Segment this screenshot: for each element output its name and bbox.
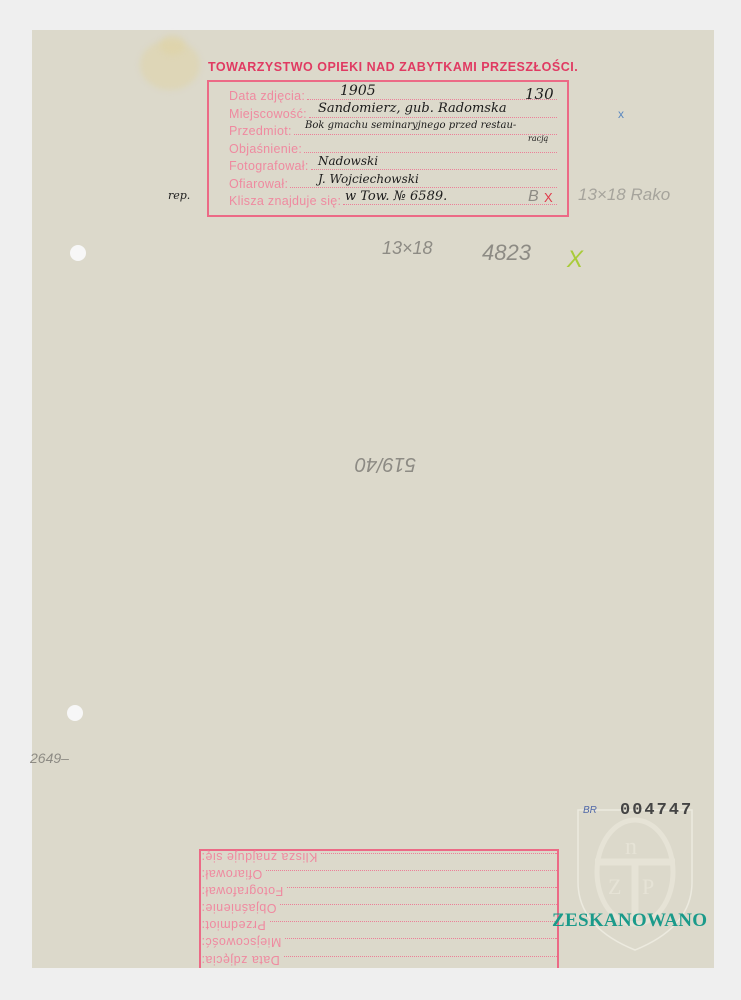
field-photographer: Fotografował:	[229, 156, 557, 173]
left-margin-note: 2649–	[30, 750, 69, 766]
field-description: Objaśnienie:	[229, 139, 557, 156]
scanned-stamp: ZESKANOWANO	[552, 910, 707, 932]
punch-hole-bottom	[67, 705, 83, 721]
bottom-field-photographer: Fotografował:	[201, 884, 557, 901]
mark-b: B	[528, 188, 539, 206]
svg-text:Z: Z	[608, 874, 621, 899]
archive-prefix: BR	[583, 805, 597, 816]
value-date-extra: 130	[525, 85, 554, 103]
value-date: 1905	[340, 83, 376, 99]
bottom-stamp-box: Data zdjęcia: Miejscowość: Przedmiot: Ob…	[199, 849, 559, 968]
value-subject-continuation: racją	[528, 134, 548, 143]
pencil-number: 4823	[482, 240, 531, 266]
bottom-field-subject: Przedmiot:	[201, 918, 557, 935]
green-x-mark: X	[567, 246, 583, 274]
value-subject: Bok gmachu seminaryjnego przed restau-	[305, 120, 516, 131]
bottom-field-place: Miejscowość:	[201, 935, 557, 952]
blue-x-mark: x	[618, 107, 624, 121]
bottom-field-negative: Klisza znajduje się:	[201, 850, 557, 867]
svg-text:P: P	[642, 874, 654, 899]
inverted-note: 519/40	[355, 452, 416, 475]
right-note: 13×18 Rako	[578, 185, 670, 205]
value-donor: J. Wojciechowski	[318, 172, 419, 186]
bottom-field-donor: Ofiarował:	[201, 867, 557, 884]
stain	[160, 35, 185, 55]
archive-serial: 004747	[620, 801, 693, 820]
stamp-header: TOWARZYSTWO OPIEKI NAD ZABYTKAMI PRZESZŁ…	[208, 60, 578, 74]
svg-text:n: n	[625, 834, 637, 860]
value-negative: w Tow. № 6589.	[345, 189, 447, 204]
bottom-field-date: Data zdjęcia:	[201, 953, 557, 970]
left-note: rep.	[168, 189, 190, 202]
value-place: Sandomierz, gub. Radomska	[318, 101, 507, 116]
red-cross-mark: X	[544, 190, 553, 205]
pencil-size: 13×18	[382, 238, 433, 259]
value-photographer: Nadowski	[318, 154, 378, 168]
bottom-field-description: Objaśnienie:	[201, 901, 557, 918]
punch-hole-top	[70, 245, 86, 261]
